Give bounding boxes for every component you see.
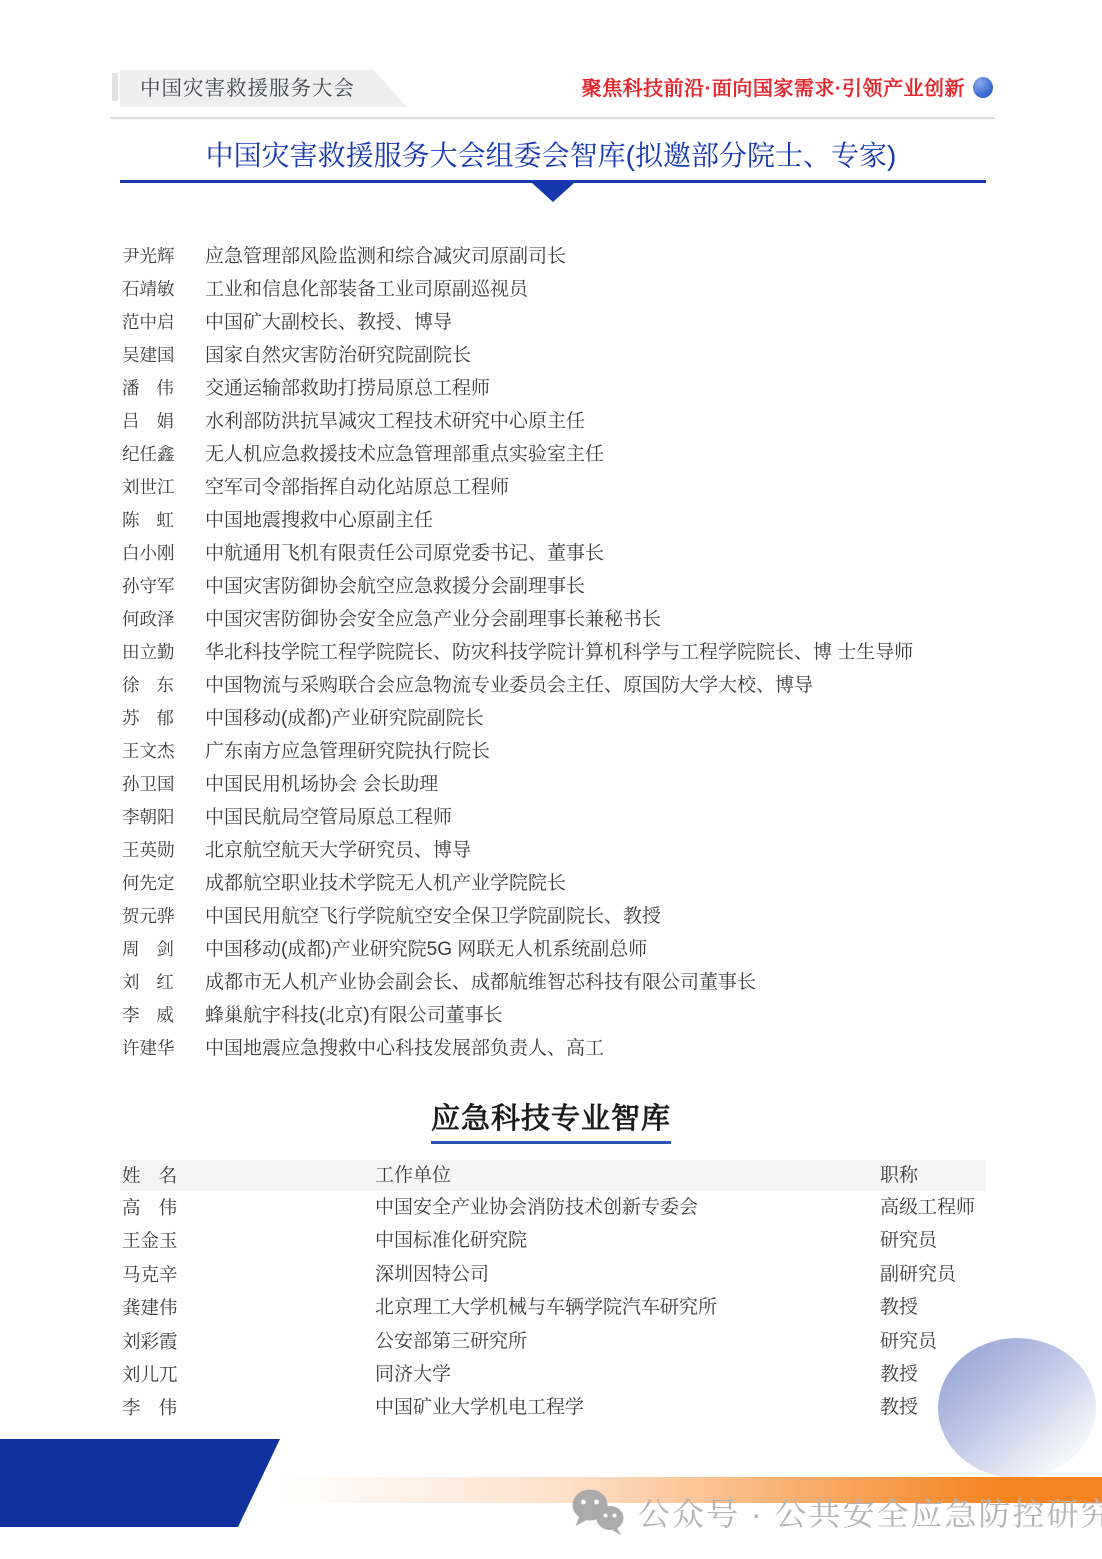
expert-title: 研究员: [880, 1224, 937, 1257]
member-title: 国家自然灾害防治研究院副院长: [205, 345, 471, 366]
list-item: 苏 郁中国移动(成都)产业研究院副院长: [122, 702, 992, 735]
expert-org: 同济大学: [375, 1358, 451, 1391]
expert-name: 刘彩霞: [122, 1325, 179, 1358]
list-item: 王文杰广东南方应急管理研究院执行院长: [122, 735, 992, 768]
member-title: 中国移动(成都)产业研究院副院长: [205, 708, 484, 729]
expert-name: 高 伟: [122, 1191, 179, 1224]
header-banner: 中国灾害救援服务大会: [120, 70, 407, 107]
list-item: 潘 伟交通运输部救助打捞局原总工程师: [122, 372, 992, 405]
list-item: 王英勋北京航空航天大学研究员、博导: [122, 834, 992, 867]
committee-list: 尹光辉应急管理部风险监测和综合减灾司原副司长 石靖敏工业和信息化部装备工业司原副…: [122, 240, 992, 1065]
expert-name: 李 伟: [122, 1391, 179, 1424]
table-row: 刘彩霞 公安部第三研究所 研究员: [120, 1325, 986, 1358]
member-name: 徐 东: [122, 669, 176, 702]
member-name: 田立勤: [122, 636, 176, 669]
member-title: 中国地震搜救中心原副主任: [205, 510, 433, 531]
header-divider: [110, 117, 995, 119]
member-title: 广东南方应急管理研究院执行院长: [205, 741, 490, 762]
expert-name: 马克辛: [122, 1258, 179, 1291]
expert-title: 高级工程师: [880, 1191, 975, 1224]
member-name: 石靖敏: [122, 273, 176, 306]
member-title: 北京航空航天大学研究员、博导: [205, 840, 471, 861]
section-heading-wrap: 应急科技专业智库: [0, 1096, 1102, 1144]
member-title: 成都市无人机产业协会副会长、成都航维智芯科技有限公司董事长: [205, 972, 756, 993]
expert-title: 教授: [880, 1391, 918, 1424]
header-accent-bar: [112, 73, 118, 101]
member-name: 周 剑: [122, 933, 176, 966]
list-item: 吕 娟水利部防洪抗旱减灾工程技术研究中心原主任: [122, 405, 992, 438]
member-name: 孙卫国: [122, 768, 176, 801]
list-item: 尹光辉应急管理部风险监测和综合减灾司原副司长: [122, 240, 992, 273]
section-heading: 应急科技专业智库: [431, 1096, 671, 1144]
member-name: 吴建国: [122, 339, 176, 372]
table-row: 王金玉 中国标准化研究院 研究员: [120, 1224, 986, 1257]
page-title: 中国灾害救援服务大会组委会智库(拟邀部分院士、专家): [0, 136, 1102, 176]
expert-title: 教授: [880, 1358, 918, 1391]
column-header-name: 姓 名: [122, 1160, 179, 1191]
list-item: 刘世江空军司令部指挥自动化站原总工程师: [122, 471, 992, 504]
triangle-down-icon: [532, 183, 574, 202]
list-item: 贺元骅中国民用航空飞行学院航空安全保卫学院副院长、教授: [122, 900, 992, 933]
table-row: 龚建伟 北京理工大学机械与车辆学院汽车研究所 教授: [120, 1291, 986, 1324]
member-name: 王文杰: [122, 735, 176, 768]
list-item: 徐 东中国物流与采购联合会应急物流专业委员会主任、原国防大学大校、博导: [122, 669, 992, 702]
member-title: 蜂巢航宇科技(北京)有限公司董事长: [205, 1005, 503, 1026]
list-item: 周 剑中国移动(成都)产业研究院5G 网联无人机系统副总师: [122, 933, 992, 966]
member-title: 华北科技学院工程学院院长、防灾科技学院计算机科学与工程学院院长、博 士生导师: [205, 642, 913, 663]
expert-org: 北京理工大学机械与车辆学院汽车研究所: [375, 1291, 717, 1324]
member-title: 中国移动(成都)产业研究院5G 网联无人机系统副总师: [205, 939, 647, 960]
member-name: 潘 伟: [122, 372, 176, 405]
wechat-icon: [570, 1488, 626, 1536]
member-name: 贺元骅: [122, 900, 176, 933]
decorative-sphere: [938, 1338, 1096, 1478]
expert-org: 中国标准化研究院: [375, 1224, 527, 1257]
list-item: 田立勤华北科技学院工程学院院长、防灾科技学院计算机科学与工程学院院长、博 士生导…: [122, 636, 992, 669]
expert-table: 高 伟 中国安全产业协会消防技术创新专委会 高级工程师 王金玉 中国标准化研究院…: [120, 1191, 986, 1425]
table-row: 高 伟 中国安全产业协会消防技术创新专委会 高级工程师: [120, 1191, 986, 1224]
list-item: 吴建国国家自然灾害防治研究院副院长: [122, 339, 992, 372]
expert-title: 副研究员: [880, 1258, 956, 1291]
member-name: 许建华: [122, 1032, 176, 1065]
member-title: 无人机应急救援技术应急管理部重点实验室主任: [205, 444, 604, 465]
expert-name: 王金玉: [122, 1224, 179, 1257]
list-item: 孙守军中国灾害防御协会航空应急救援分会副理事长: [122, 570, 992, 603]
member-title: 应急管理部风险监测和综合减灾司原副司长: [205, 246, 566, 267]
watermark: 公众号 · 公共安全应急防控研究: [570, 1486, 1102, 1538]
list-item: 范中启中国矿大副校长、教授、博导: [122, 306, 992, 339]
column-header-title: 职称: [880, 1160, 918, 1191]
member-title: 中国地震应急搜救中心科技发展部负责人、高工: [205, 1038, 604, 1059]
member-title: 水利部防洪抗旱减灾工程技术研究中心原主任: [205, 411, 585, 432]
expert-name: 刘儿兀: [122, 1358, 179, 1391]
list-item: 石靖敏工业和信息化部装备工业司原副巡视员: [122, 273, 992, 306]
expert-org: 公安部第三研究所: [375, 1325, 527, 1358]
member-title: 中国灾害防御协会安全应急产业分会副理事长兼秘书长: [205, 609, 661, 630]
member-name: 白小刚: [122, 537, 176, 570]
member-name: 孙守军: [122, 570, 176, 603]
member-title: 中国灾害防御协会航空应急救援分会副理事长: [205, 576, 585, 597]
member-title: 中国民用航空飞行学院航空安全保卫学院副院长、教授: [205, 906, 661, 927]
decorative-parallelogram: [0, 1439, 280, 1527]
document-page: 中国灾害救援服务大会 聚焦科技前沿·面向国家需求·引领产业创新 中国灾害救援服务…: [0, 0, 1102, 1559]
list-item: 何先定成都航空职业技术学院无人机产业学院院长: [122, 867, 992, 900]
member-title: 中国物流与采购联合会应急物流专业委员会主任、原国防大学大校、博导: [205, 675, 813, 696]
member-name: 纪任鑫: [122, 438, 176, 471]
table-row: 李 伟 中国矿业大学机电工程学 教授: [120, 1391, 986, 1424]
member-title: 中国民航局空管局原总工程师: [205, 807, 452, 828]
member-name: 李朝阳: [122, 801, 176, 834]
expert-org: 中国安全产业协会消防技术创新专委会: [375, 1191, 698, 1224]
member-title: 中航通用飞机有限责任公司原党委书记、董事长: [205, 543, 604, 564]
expert-name: 龚建伟: [122, 1291, 179, 1324]
list-item: 纪任鑫无人机应急救援技术应急管理部重点实验室主任: [122, 438, 992, 471]
member-name: 王英勋: [122, 834, 176, 867]
member-name: 何政泽: [122, 603, 176, 636]
member-title: 成都航空职业技术学院无人机产业学院院长: [205, 873, 566, 894]
expert-org: 中国矿业大学机电工程学: [375, 1391, 584, 1424]
list-item: 孙卫国中国民用机场协会 会长助理: [122, 768, 992, 801]
member-title: 工业和信息化部装备工业司原副巡视员: [205, 279, 528, 300]
member-name: 何先定: [122, 867, 176, 900]
member-name: 苏 郁: [122, 702, 176, 735]
list-item: 刘 红成都市无人机产业协会副会长、成都航维智芯科技有限公司董事长: [122, 966, 992, 999]
member-name: 刘 红: [122, 966, 176, 999]
conference-brand: 中国灾害救援服务大会: [140, 77, 355, 100]
list-item: 许建华中国地震应急搜救中心科技发展部负责人、高工: [122, 1032, 992, 1065]
member-title: 空军司令部指挥自动化站原总工程师: [205, 477, 509, 498]
list-item: 李朝阳中国民航局空管局原总工程师: [122, 801, 992, 834]
table-header: 姓 名 工作单位 职称: [120, 1160, 986, 1191]
member-name: 吕 娟: [122, 405, 176, 438]
member-name: 陈 虹: [122, 504, 176, 537]
member-name: 刘世江: [122, 471, 176, 504]
column-header-org: 工作单位: [375, 1160, 451, 1191]
member-name: 李 威: [122, 999, 176, 1032]
table-row: 马克辛 深圳因特公司 副研究员: [120, 1258, 986, 1291]
expert-org: 深圳因特公司: [375, 1258, 489, 1291]
table-row: 刘儿兀 同济大学 教授: [120, 1358, 986, 1391]
member-title: 交通运输部救助打捞局原总工程师: [205, 378, 490, 399]
list-item: 何政泽中国灾害防御协会安全应急产业分会副理事长兼秘书长: [122, 603, 992, 636]
expert-title: 教授: [880, 1291, 918, 1324]
member-name: 范中启: [122, 306, 176, 339]
header-dot-icon: [973, 77, 993, 98]
member-title: 中国矿大副校长、教授、博导: [205, 312, 452, 333]
expert-title: 研究员: [880, 1325, 937, 1358]
header-slogan: 聚焦科技前沿·面向国家需求·引领产业创新: [582, 76, 965, 102]
list-item: 李 威蜂巢航宇科技(北京)有限公司董事长: [122, 999, 992, 1032]
member-title: 中国民用机场协会 会长助理: [205, 774, 438, 795]
list-item: 白小刚中航通用飞机有限责任公司原党委书记、董事长: [122, 537, 992, 570]
watermark-text: 公众号 · 公共安全应急防控研究: [638, 1489, 1102, 1535]
member-name: 尹光辉: [122, 240, 176, 273]
list-item: 陈 虹中国地震搜救中心原副主任: [122, 504, 992, 537]
